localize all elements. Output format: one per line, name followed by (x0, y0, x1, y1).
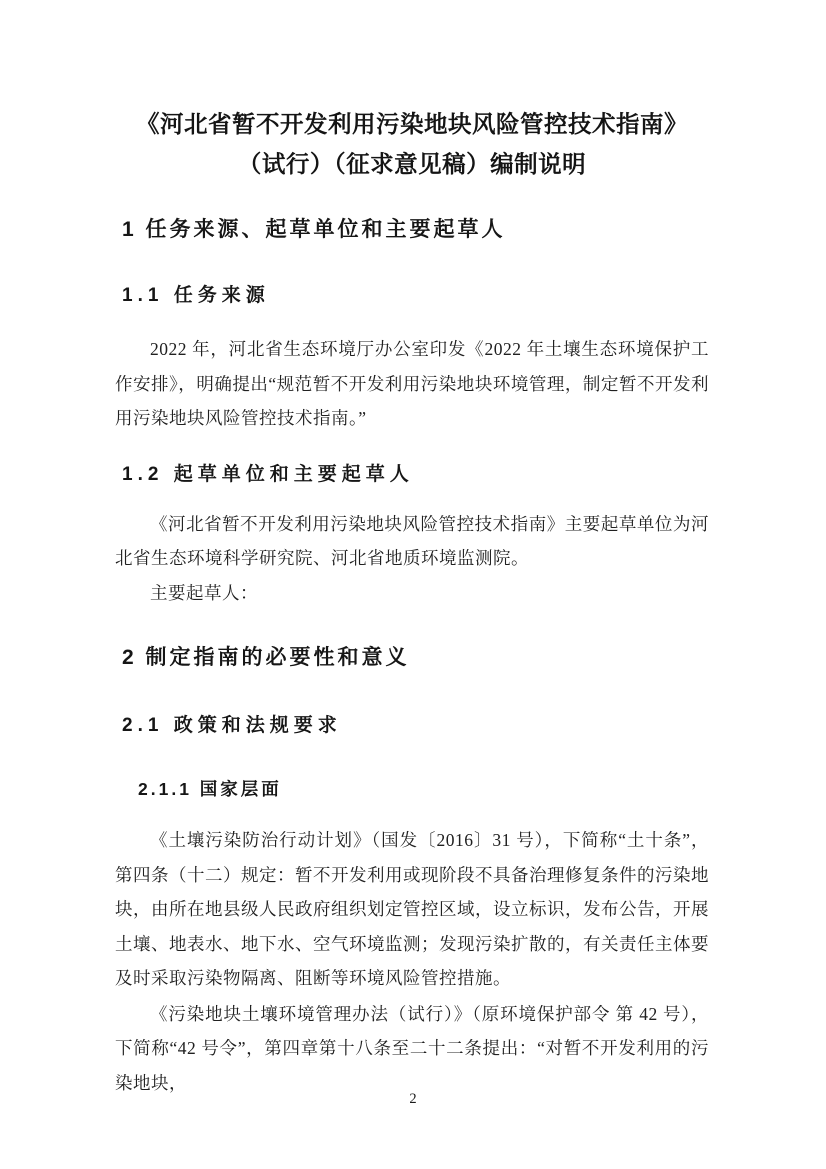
subsection-heading-2-1: 2.1 政策和法规要求 (122, 712, 709, 740)
paragraph-order-42: 《污染地块土壤环境管理办法（试行）》（原环境保护部令 第 42 号），下简称“4… (115, 997, 709, 1101)
section-heading-1: 1 任务来源、起草单位和主要起草人 (122, 215, 709, 245)
subsection-heading-2-1-1: 2.1.1 国家层面 (138, 776, 709, 802)
page-number: 2 (0, 1089, 826, 1109)
document-title-line2: （试行）（征求意见稿）编制说明 (115, 144, 709, 184)
document-page: 《河北省暂不开发利用污染地块风险管控技术指南》 （试行）（征求意见稿）编制说明 … (0, 0, 826, 1169)
subsection-heading-1-2: 1.2 起草单位和主要起草人 (122, 461, 709, 489)
paragraph-task-source: 2022 年，河北省生态环境厅办公室印发《2022 年土壤生态环境保护工作安排》… (115, 332, 709, 436)
document-content: 《河北省暂不开发利用污染地块风险管控技术指南》 （试行）（征求意见稿）编制说明 … (115, 0, 709, 1100)
paragraph-soil-action-plan: 《土壤污染防治行动计划》（国发〔2016〕31 号），下简称“土十条”，第四条（… (115, 823, 709, 996)
section-heading-2: 2 制定指南的必要性和意义 (122, 643, 709, 673)
document-title-line1: 《河北省暂不开发利用污染地块风险管控技术指南》 (115, 104, 709, 144)
paragraph-drafting-units: 《河北省暂不开发利用污染地块风险管控技术指南》主要起草单位为河北省生态环境科学研… (115, 507, 709, 576)
document-title: 《河北省暂不开发利用污染地块风险管控技术指南》 （试行）（征求意见稿）编制说明 (115, 104, 709, 184)
paragraph-main-drafters: 主要起草人： (115, 576, 709, 611)
subsection-heading-1-1: 1.1 任务来源 (122, 282, 709, 310)
